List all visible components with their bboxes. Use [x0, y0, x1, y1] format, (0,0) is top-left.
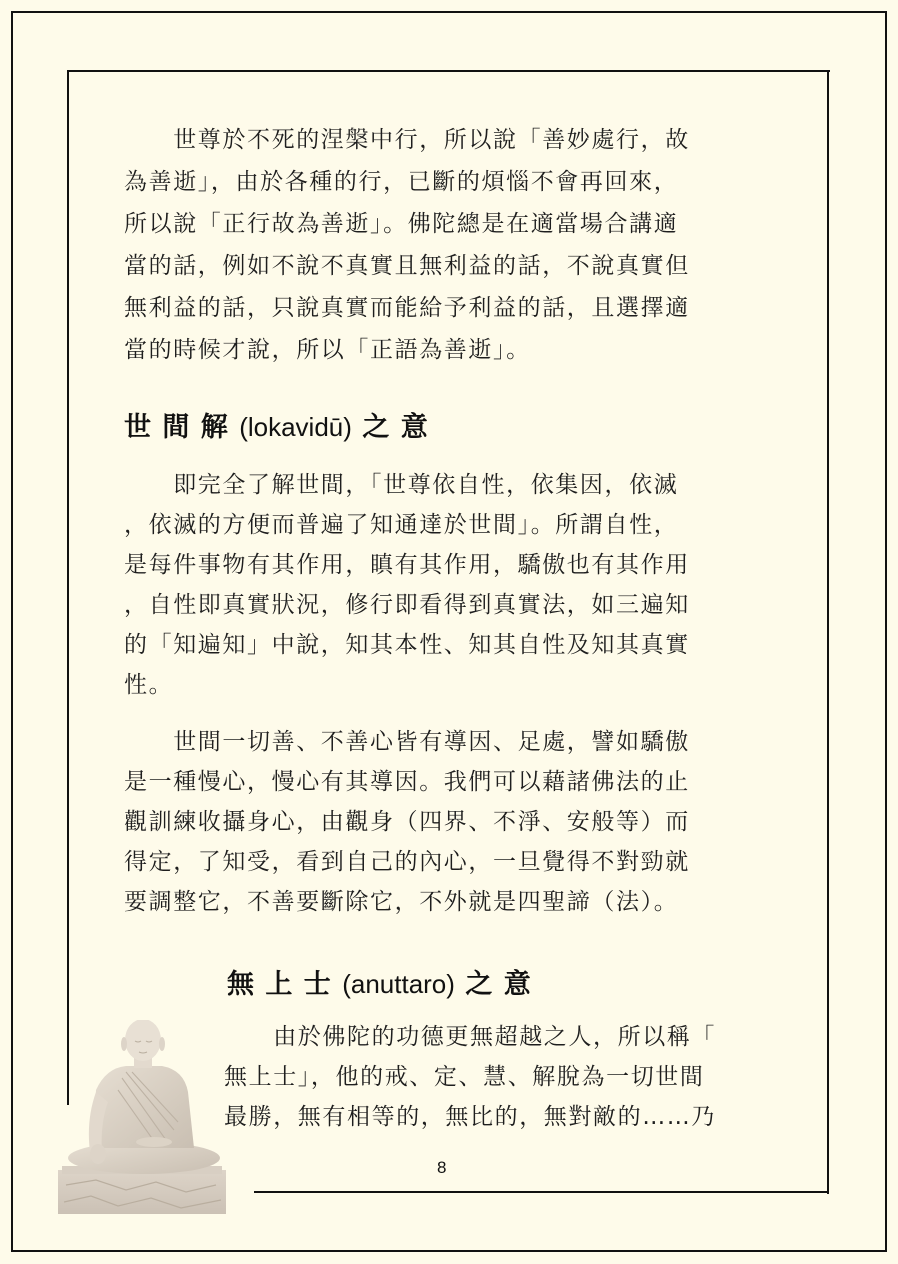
seated-monk-statue-illustration: [56, 1020, 232, 1216]
inner-border-top: [67, 70, 830, 72]
heading-chinese: 世 間 解: [124, 412, 239, 443]
text-line: ，依滅的方便而普遍了知通達於世間」。所謂自性，: [124, 504, 678, 546]
text-line: 為善逝」，由於各種的行，已斷的煩惱不會再回來，: [124, 161, 678, 203]
inner-border-left: [67, 70, 69, 1105]
text-line: 是一種慢心，慢心有其導因。我們可以藉諸佛法的止: [124, 761, 690, 803]
text-line: 無上士」，他的戒、定、慧、解脫為一切世間: [224, 1056, 705, 1098]
heading-chinese: 無 上 士: [227, 969, 342, 1000]
text-line: 世尊於不死的涅槃中行，所以說「善妙處行，故: [124, 119, 690, 161]
text-line: 的「知遍知」中說，知其本性、知其自性及知其真實: [124, 624, 690, 666]
heading-pali: (anuttaro): [342, 969, 455, 999]
text-line: 當的時候才說，所以「正語為善逝」。: [124, 329, 531, 371]
page-number: 8: [437, 1158, 446, 1178]
inner-border-right: [827, 70, 829, 1194]
text-line: 當的話，例如不說不真實且無利益的話，不說真實但: [124, 245, 690, 287]
section-heading-anuttaro: 無 上 士 (anuttaro) 之 意: [227, 962, 532, 1001]
heading-chinese-suffix: 之 意: [352, 412, 429, 443]
section-heading-lokavidu: 世 間 解 (lokavidū) 之 意: [124, 405, 429, 444]
text-line: 觀訓練收攝身心，由觀身（四界、不淨、安般等）而: [124, 801, 690, 843]
heading-chinese-suffix: 之 意: [455, 969, 532, 1000]
text-line: 最勝，無有相等的，無比的，無對敵的……乃: [224, 1096, 716, 1138]
text-line: ，自性即真實狀況，修行即看得到真實法，如三遍知: [124, 584, 690, 626]
inner-border-bottom: [254, 1191, 829, 1193]
text-line: 要調整它，不善要斷除它，不外就是四聖諦（法）。: [124, 881, 678, 923]
text-line: 無利益的話，只說真實而能給予利益的話，且選擇適: [124, 287, 690, 329]
text-line: 即完全了解世間，「世尊依自性，依集因，依滅: [124, 464, 678, 506]
text-line: 是每件事物有其作用，瞋有其作用，驕傲也有其作用: [124, 544, 690, 586]
heading-pali: (lokavidū): [239, 412, 352, 442]
text-line: 所以說「正行故為善逝」。佛陀總是在適當場合講適: [124, 203, 678, 245]
text-line: 世間一切善、不善心皆有導因、足處，譬如驕傲: [124, 721, 690, 763]
text-line: 由於佛陀的功德更無超越之人，所以稱「: [224, 1016, 716, 1058]
text-line: 性。: [124, 664, 173, 706]
text-line: 得定，了知受，看到自己的內心，一旦覺得不對勁就: [124, 841, 690, 883]
